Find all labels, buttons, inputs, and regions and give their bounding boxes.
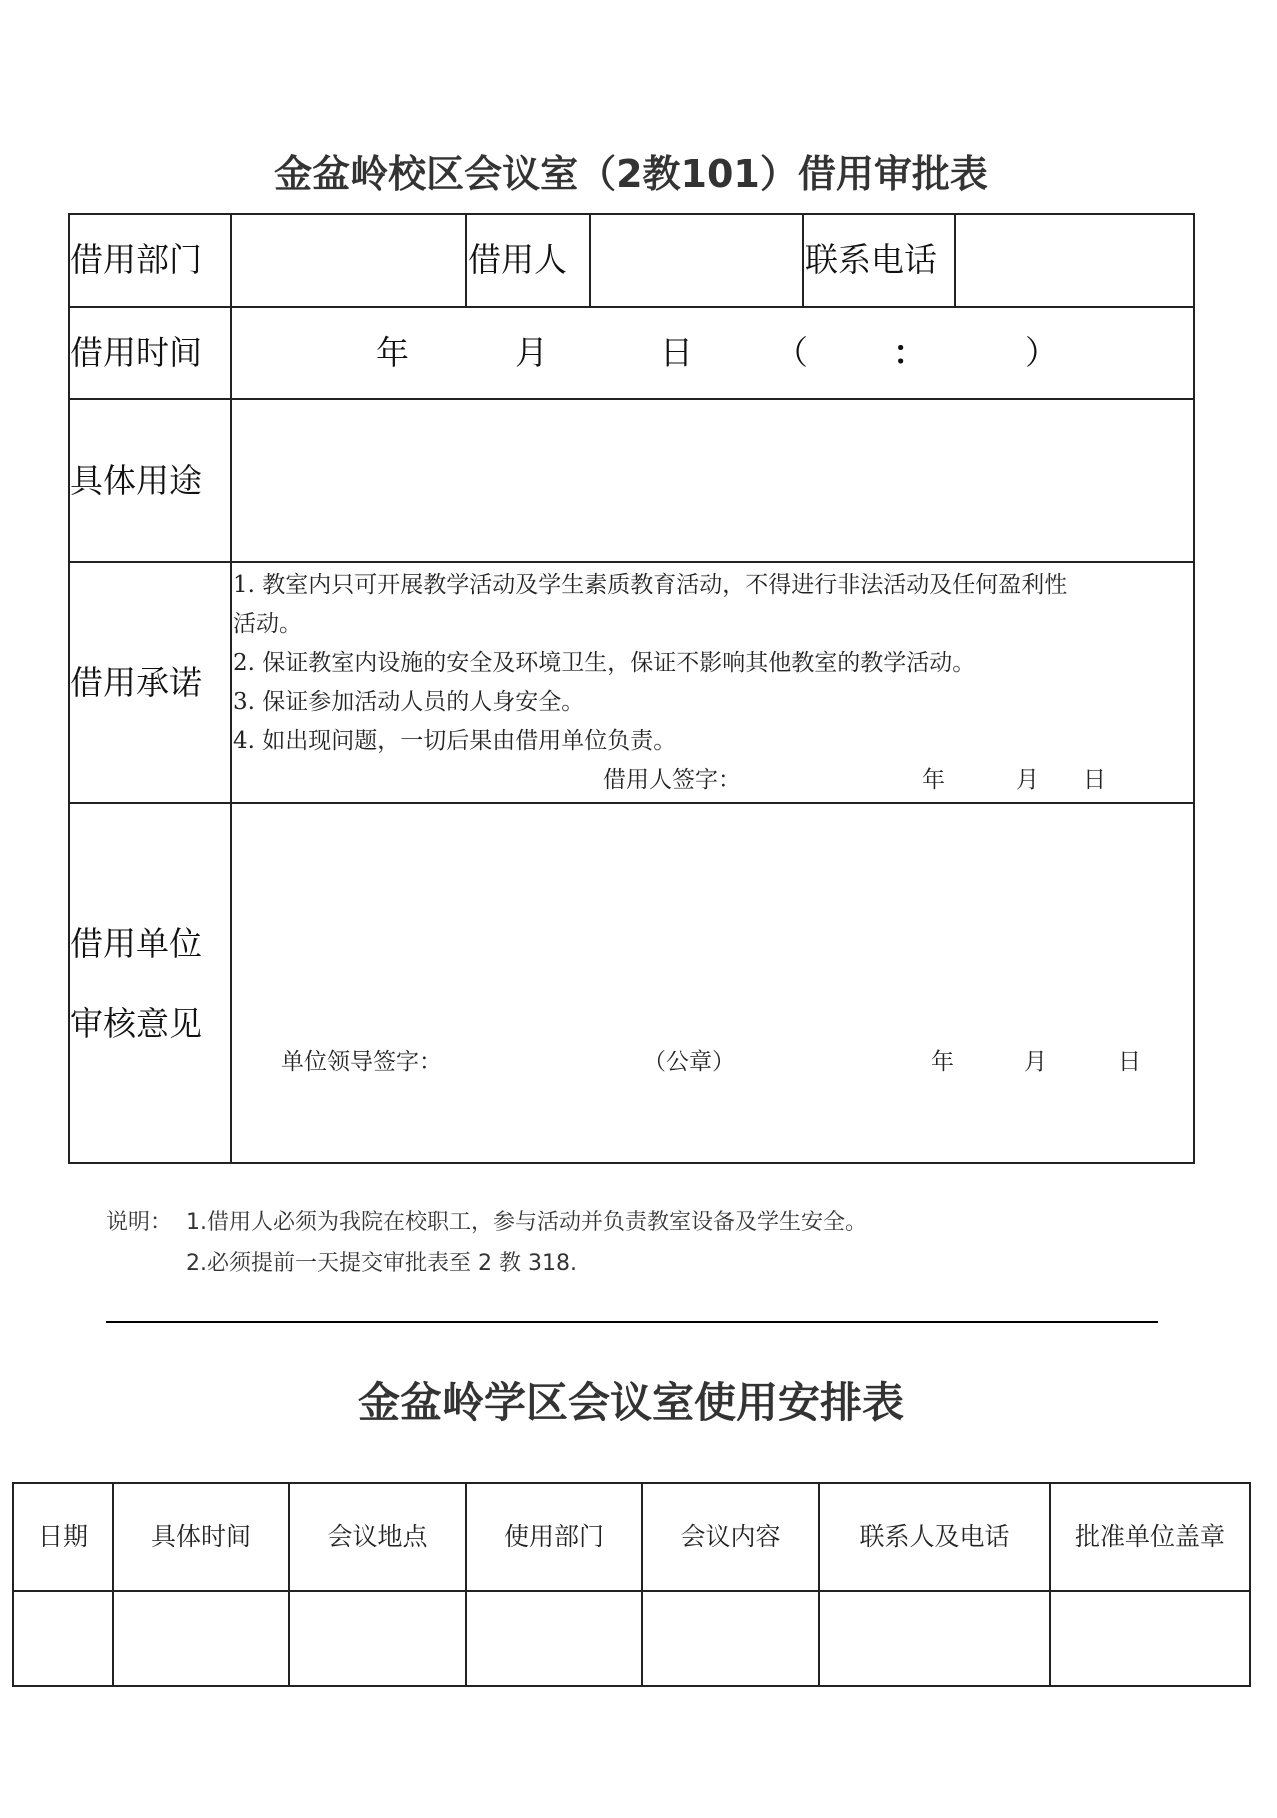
cell-content[interactable]	[643, 1592, 818, 1685]
review-month: 月	[1024, 1047, 1047, 1077]
notes-prefix: 说明：	[106, 1208, 172, 1238]
paren-open: （	[775, 333, 808, 373]
pledge-label: 借用承诺	[70, 663, 202, 703]
section-separator	[106, 1321, 1158, 1323]
col-header-department: 使用部门	[467, 1522, 641, 1552]
pledge-item-1: 1. 教室内只可开展教学活动及学生素质教育活动，不得进行非法活动及任何盈利性	[233, 570, 1067, 600]
note-line-2: 2.必须提前一天提交审批表至 2 教 318.	[186, 1249, 577, 1279]
dept-label: 借用部门	[70, 240, 202, 280]
table-border	[1193, 213, 1195, 1164]
day-char: 日	[660, 333, 693, 373]
form-title: 金盆岭校区会议室（2教101）借用审批表	[0, 150, 1262, 198]
col-header-content: 会议内容	[643, 1522, 818, 1552]
cell-location[interactable]	[290, 1592, 465, 1685]
borrower-label: 借用人	[468, 240, 567, 280]
borrower-sign-label: 借用人签字：	[603, 765, 741, 795]
paren-close: ）	[1025, 333, 1058, 373]
table-border	[12, 1482, 1251, 1484]
review-label-line2: 审核意见	[70, 1004, 202, 1044]
leader-sign-label: 单位领导签字：	[281, 1047, 442, 1077]
pledge-item-2: 2. 保证教室内设施的安全及环境卫生，保证不影响其他教室的教学活动。	[233, 648, 975, 678]
sign-month: 月	[1016, 765, 1039, 795]
row-divider	[68, 802, 1195, 804]
month-char: 月	[515, 333, 548, 373]
col-header-date: 日期	[14, 1522, 112, 1552]
cell-date[interactable]	[14, 1592, 112, 1685]
table-border	[1249, 1482, 1251, 1687]
sign-year: 年	[922, 765, 945, 795]
col-header-time: 具体时间	[114, 1522, 288, 1552]
col-divider	[589, 213, 591, 307]
phone-label: 联系电话	[805, 240, 937, 280]
purpose-label: 具体用途	[70, 461, 202, 501]
cell-approval-seal[interactable]	[1051, 1592, 1249, 1685]
time-label: 借用时间	[70, 333, 202, 373]
sign-day: 日	[1083, 765, 1106, 795]
cell-time[interactable]	[114, 1592, 288, 1685]
pledge-item-4: 4. 如出现问题，一切后果由借用单位负责。	[233, 726, 676, 756]
phone-field[interactable]	[957, 215, 1192, 306]
review-label-line1: 借用单位	[70, 924, 202, 964]
col-header-approval-seal: 批准单位盖章	[1051, 1522, 1249, 1552]
note-line-1: 1.借用人必须为我院在校职工，参与活动并负责教室设备及学生安全。	[186, 1208, 867, 1238]
pledge-item-3: 3. 保证参加活动人员的人身安全。	[233, 687, 584, 717]
col-divider	[230, 213, 232, 1164]
cell-department[interactable]	[467, 1592, 641, 1685]
purpose-field[interactable]	[233, 400, 1192, 561]
review-opinion-field[interactable]	[233, 805, 1192, 1045]
dept-field[interactable]	[233, 215, 464, 306]
col-divider	[802, 213, 804, 307]
col-divider	[465, 213, 467, 307]
table-border	[68, 1162, 1195, 1164]
schedule-title: 金盆岭学区会议室使用安排表	[0, 1377, 1262, 1429]
time-colon: ：	[893, 333, 926, 373]
col-header-location: 会议地点	[290, 1522, 465, 1552]
pledge-item-1-cont: 活动。	[233, 609, 302, 639]
cell-contact[interactable]	[820, 1592, 1049, 1685]
col-header-contact: 联系人及电话	[820, 1522, 1049, 1552]
seal-label: （公章）	[643, 1047, 735, 1077]
review-day: 日	[1118, 1047, 1141, 1077]
row-divider	[68, 561, 1195, 563]
review-year: 年	[931, 1047, 954, 1077]
col-divider	[954, 213, 956, 307]
table-border	[12, 1685, 1251, 1687]
borrower-field[interactable]	[592, 215, 801, 306]
year-char: 年	[376, 333, 409, 373]
